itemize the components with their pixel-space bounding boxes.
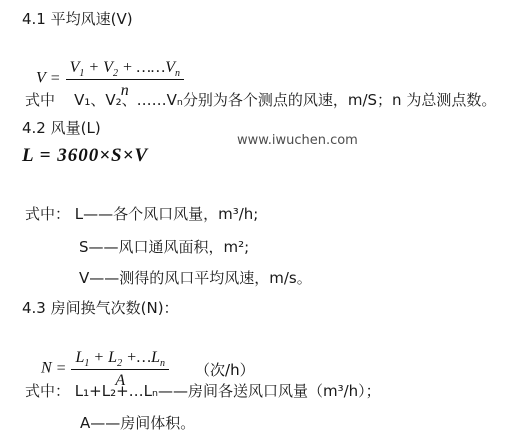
term-l2: + L	[89, 349, 117, 366]
note-air-volume-s: S——风口通风面积，m²;	[79, 238, 249, 257]
numerator: L1 + L2 +…Ln	[71, 348, 169, 369]
ellipsis: +…	[122, 349, 151, 366]
note-air-change-a: A——房间体积。	[80, 414, 195, 433]
subscript-n: n	[175, 68, 180, 79]
ellipsis: + ……	[118, 59, 165, 76]
section-heading-4-3: 4.3 房间换气次数(N)：	[22, 299, 179, 318]
formula-lhs: V	[36, 70, 46, 87]
equals-sign: =	[50, 70, 61, 87]
term-ln: L	[151, 349, 160, 366]
section-heading-4-2: 4.2 风量(L)	[22, 119, 101, 138]
formula-unit: （次/h）	[195, 361, 255, 379]
term-v1: V	[70, 59, 80, 76]
note-air-change-sum: 式中： L₁+L₂+…Lₙ——房间各送风口风量（m³/h）；	[25, 382, 381, 401]
note-4-1: 式中 V₁、V₂、……Vₙ分别为各个测点的风速，m/S；n 为总测点数。	[25, 91, 496, 110]
equals-sign: =	[56, 360, 67, 377]
term-v2: + V	[84, 59, 113, 76]
note-air-volume-l: 式中： L——各个风口风量，m³/h;	[25, 205, 258, 224]
section-heading-4-1: 4.1 平均风速(V)	[22, 10, 133, 29]
watermark-url: www.iwuchen.com	[237, 133, 358, 148]
numerator: V1 + V2 + ……Vn	[66, 58, 184, 79]
term-vn: V	[165, 59, 175, 76]
formula-air-volume: L = 3600×S×V	[22, 145, 148, 167]
document-page: 4.1 平均风速(V) V=V1 + V2 + ……Vnn 式中 V₁、V₂、……	[0, 0, 507, 446]
subscript-n: n	[160, 358, 165, 369]
note-air-volume-v: V——测得的风口平均风速，m/s。	[79, 269, 312, 288]
formula-lhs: N	[41, 360, 52, 377]
